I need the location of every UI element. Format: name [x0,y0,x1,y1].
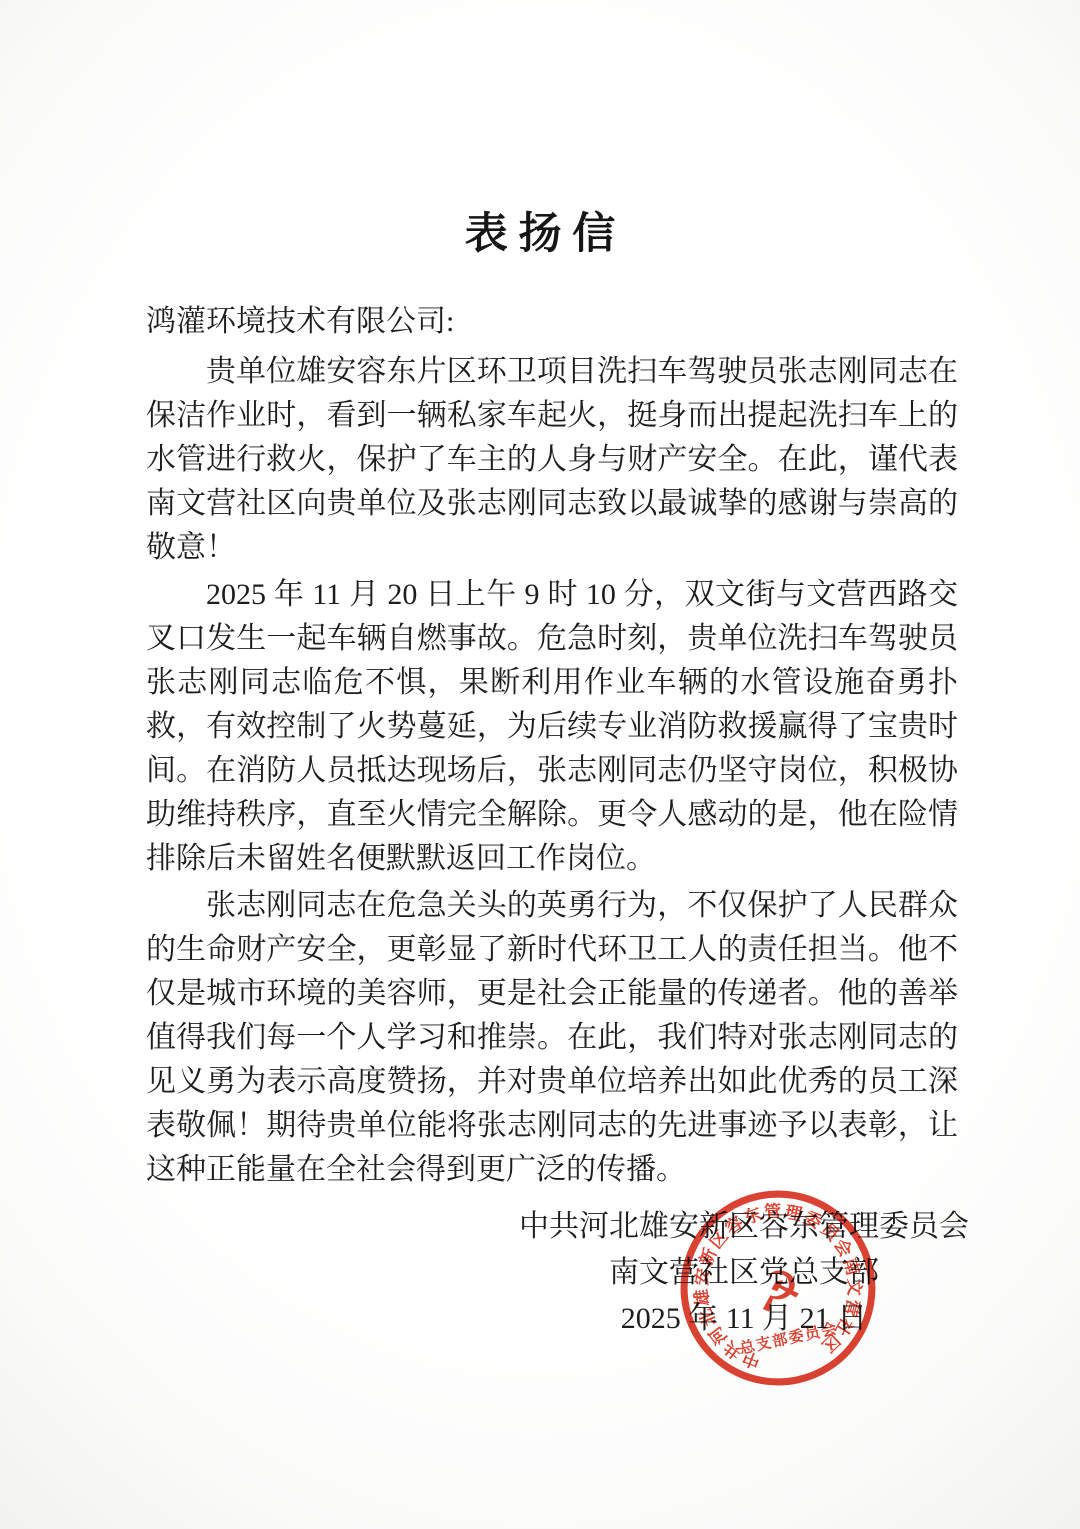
signature-block: 中共河北雄安新区容东管理委员会 南文营社区党总支部 2025 年 11 月 21… [514,1204,974,1342]
signature-org-line1: 中共河北雄安新区容东管理委员会 [514,1204,974,1250]
letter-title: 表 扬 信 [0,200,1080,261]
paragraph-2: 2025 年 11 月 20 日上午 9 时 10 分，双文街与文营西路交叉口发… [146,573,958,881]
paragraph-3: 张志刚同志在危急关头的英勇行为，不仅保护了人民群众的生命财产安全，更彰显了新时代… [146,884,958,1192]
letter-body: 鸿灌环境技术有限公司: 贵单位雄安容东片区环卫项目洗扫车驾驶员张志刚同志在保洁作… [146,300,958,1195]
signature-date: 2025 年 11 月 21 日 [514,1296,974,1342]
salutation: 鸿灌环境技术有限公司: [146,300,958,344]
signature-org-line2: 南文营社区党总支部 [514,1250,974,1296]
commendation-letter-page: 表 扬 信 鸿灌环境技术有限公司: 贵单位雄安容东片区环卫项目洗扫车驾驶员张志刚… [0,0,1080,1529]
paragraph-1: 贵单位雄安容东片区环卫项目洗扫车驾驶员张志刚同志在保洁作业时，看到一辆私家车起火… [146,350,958,570]
